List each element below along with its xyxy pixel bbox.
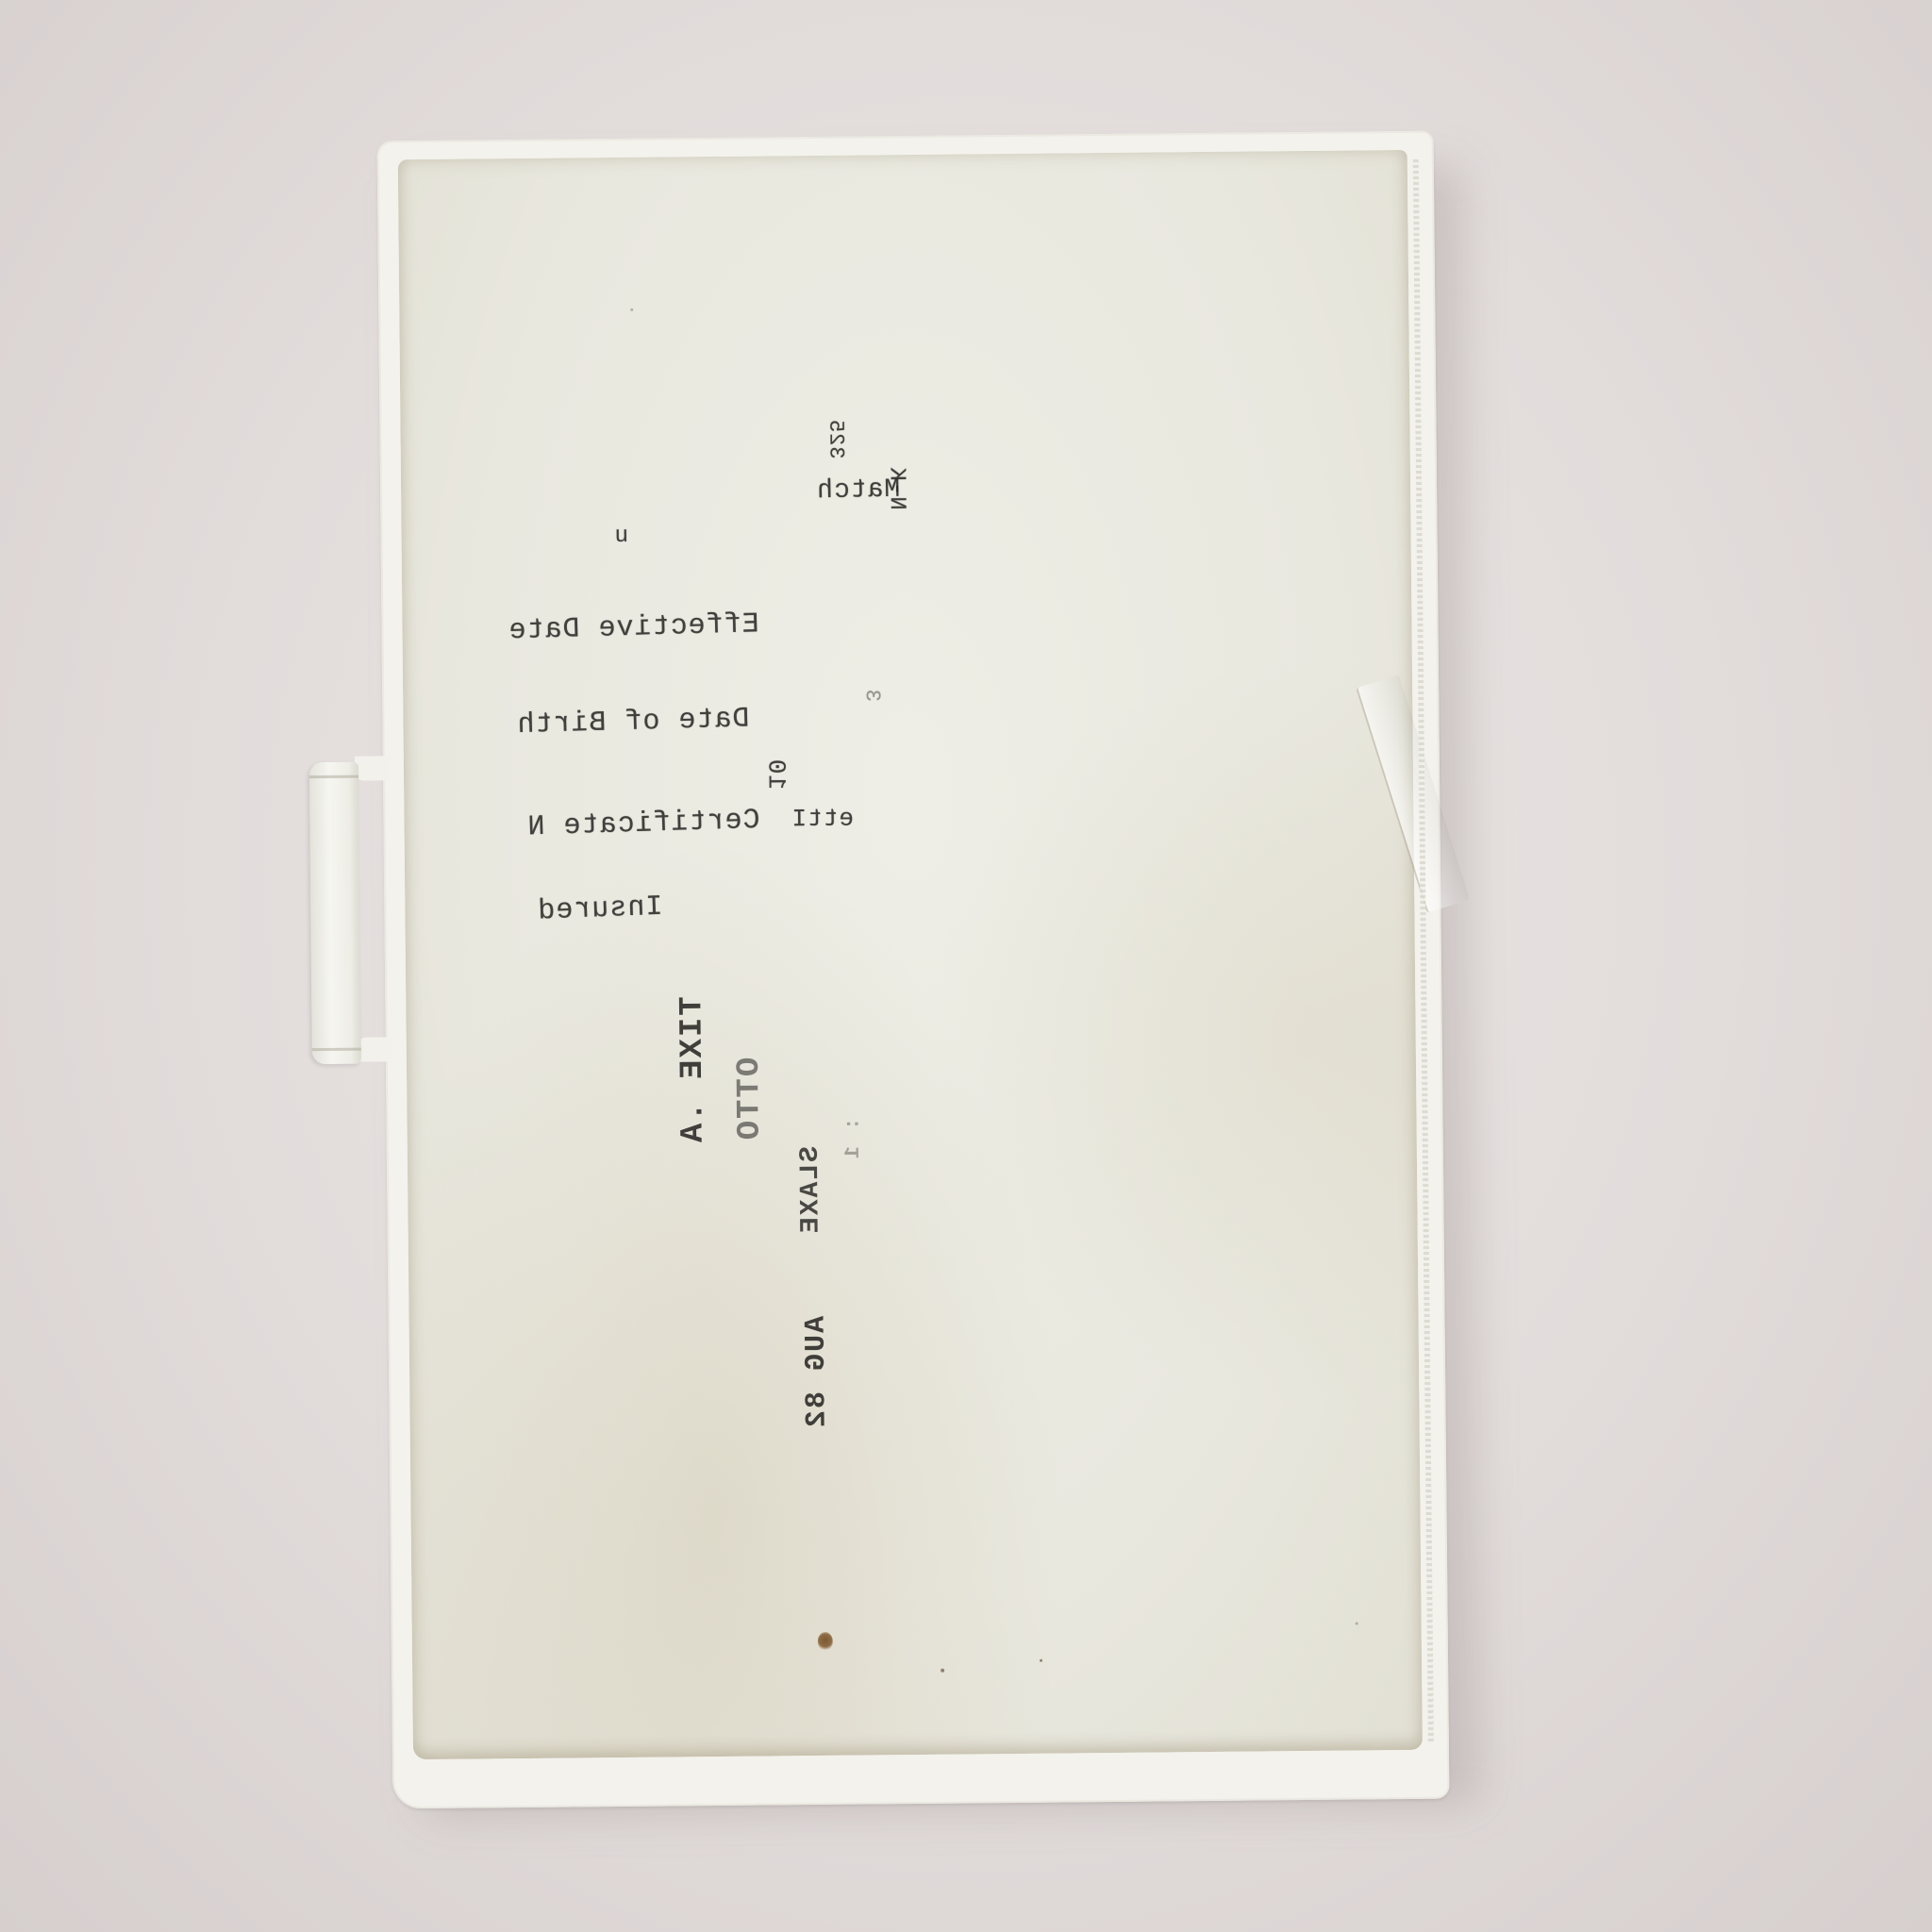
photo-scene: Effective Date Date of Birth Certificate…: [0, 0, 1932, 1932]
pen-loop-tab-bottom: [358, 1037, 391, 1061]
vertical-ink-faint: : 1: [841, 1118, 865, 1161]
field-code-325: 325: [824, 419, 847, 459]
stray-ink-mark: u: [614, 524, 629, 549]
document-holder: Effective Date Date of Birth Certificate…: [377, 131, 1450, 1809]
pen-loop-tab-top: [355, 756, 389, 780]
vertical-ink-city: SLAXE: [796, 1146, 826, 1235]
label-insured: Insured: [537, 891, 663, 928]
rust-stain: [818, 1632, 833, 1651]
label-date-of-birth: Date of Birth: [516, 704, 750, 742]
speck: [630, 308, 633, 311]
speck: [941, 1669, 944, 1673]
label-certificate-no: Certificate N: [526, 805, 760, 844]
speck: [1356, 1623, 1358, 1625]
vertical-ink-street: OTTO: [732, 1057, 769, 1141]
pen-loop: [309, 762, 361, 1064]
vertical-ink-name: TIXE .A: [675, 996, 712, 1144]
field-code-nk: N-K: [883, 466, 908, 509]
holder-front-panel: Effective Date Date of Birth Certificate…: [398, 150, 1423, 1759]
field-dob-value: 3: [860, 689, 884, 702]
label-effective-date: Effective Date: [508, 608, 759, 647]
speck: [1040, 1659, 1042, 1662]
field-certificate-number: ettI: [791, 805, 854, 834]
field-code-10: 10: [761, 758, 790, 791]
vertical-ink-zip: AUG 82: [801, 1316, 834, 1429]
